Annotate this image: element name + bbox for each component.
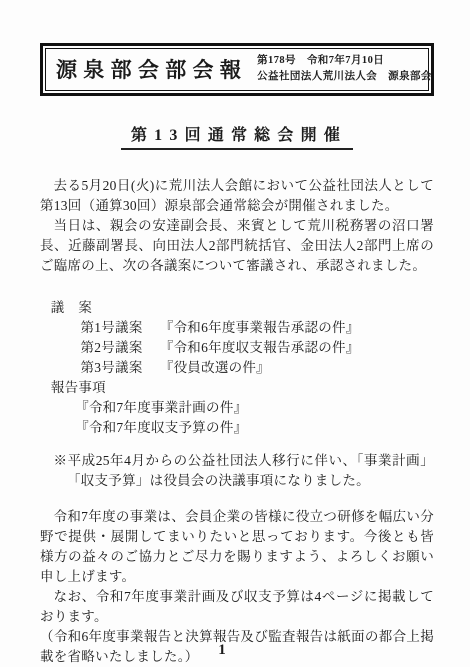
agenda-item: 第2号議案 『令和6年度収支報告承認の件』 (40, 338, 434, 358)
agenda-item-label: 第1号議案 (81, 320, 143, 335)
newsletter-title: 源泉部会部会報 (56, 54, 247, 84)
agenda-item-label: 第3号議案 (81, 360, 143, 375)
article-body: 去る5月20日(火)に荒川法人会館において公益社団法人として第13回（通算30回… (40, 176, 434, 667)
masthead-box: 源泉部会部会報 第178号 令和7年7月10日 公益社団法人荒川法人会 源泉部会 (40, 43, 434, 96)
paragraph-plans: 令和7年度の事業は、会員企業の皆様に役立つ研修を幅広い分野で提供・展開してまいり… (40, 507, 434, 587)
agenda-item-label: 第2号議案 (81, 340, 143, 355)
masthead-inner-box: 源泉部会部会報 第178号 令和7年7月10日 公益社団法人荒川法人会 源泉部会 (45, 48, 429, 91)
report-heading: 報告事項 (40, 378, 434, 398)
report-item: 『令和7年度収支予算の件』 (40, 418, 434, 438)
agenda-item-title: 『令和6年度事業報告承認の件』 (160, 320, 360, 335)
agenda-section: 議 案 第1号議案 『令和6年度事業報告承認の件』 第2号議案 『令和6年度収支… (40, 298, 434, 438)
note-paragraph: ※平成25年4月からの公益社団法人移行に伴い、「事業計画」「収支予算」は役員会の… (40, 451, 434, 491)
masthead-meta: 第178号 令和7年7月10日 公益社団法人荒川法人会 源泉部会 (257, 53, 432, 85)
paragraph-attendees: 当日は、親会の安達副会長、来賓として荒川税務署の沼口署長、近藤副署長、向田法人2… (40, 216, 434, 276)
paragraph-opening: 去る5月20日(火)に荒川法人会館において公益社団法人として第13回（通算30回… (40, 176, 434, 216)
page-number: 1 (0, 642, 444, 659)
paragraph-reference: なお、令和7年度事業計画及び収支予算は4ページに掲載しております。 (40, 587, 434, 627)
report-item: 『令和7年度事業計画の件』 (40, 398, 434, 418)
agenda-item: 第3号議案 『役員改選の件』 (40, 358, 434, 378)
agenda-heading: 議 案 (40, 298, 434, 318)
article-title: 第13回通常総会開催 (121, 122, 353, 150)
agenda-item: 第1号議案 『令和6年度事業報告承認の件』 (40, 318, 434, 338)
agenda-item-title: 『令和6年度収支報告承認の件』 (160, 340, 360, 355)
issue-number-and-date: 第178号 令和7年7月10日 (257, 53, 432, 69)
agenda-item-title: 『役員改選の件』 (160, 360, 270, 375)
newsletter-page: 源泉部会部会報 第178号 令和7年7月10日 公益社団法人荒川法人会 源泉部会… (0, 0, 470, 667)
article-title-row: 第13回通常総会開催 (40, 122, 434, 150)
organization-name: 公益社団法人荒川法人会 源泉部会 (257, 69, 432, 85)
